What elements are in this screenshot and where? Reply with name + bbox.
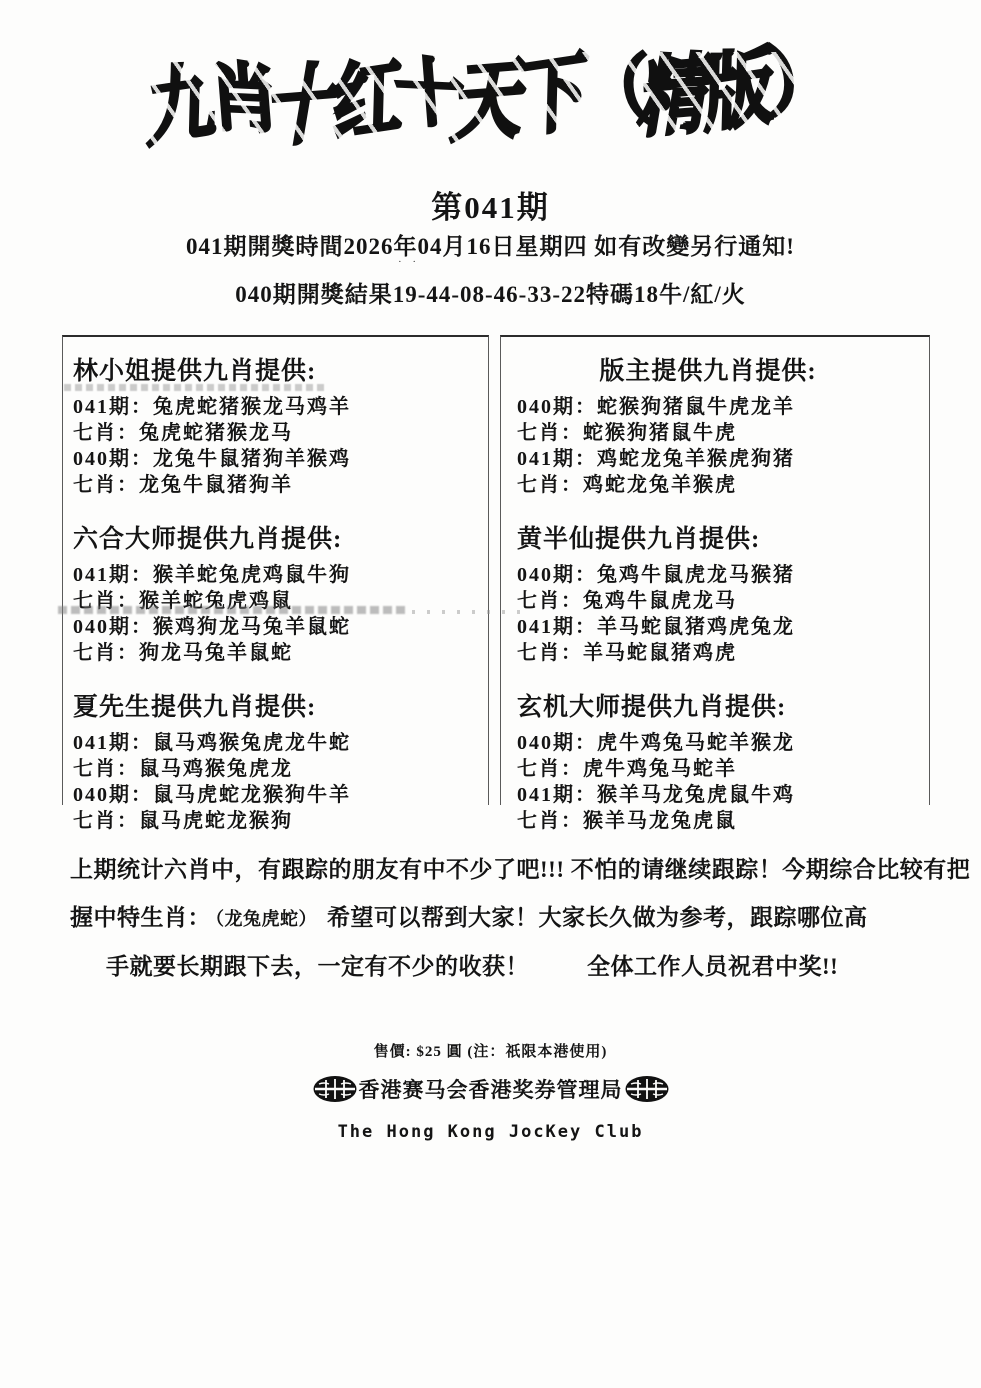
section-header: 玄机大师提供九肖提供:	[517, 687, 929, 723]
page-title: 九肖十红十天下（精版）	[0, 27, 981, 154]
tip-line: 040期：鼠马虎蛇龙猴狗牛羊	[73, 782, 488, 808]
summary-line-left: 手就要长期跟下去，一定有不少的收获！	[106, 954, 529, 979]
section-header: 夏先生提供九肖提供:	[73, 687, 488, 723]
summary-line: 手就要长期跟下去，一定有不少的收获！全体工作人员祝君中奖!!	[70, 943, 920, 991]
tip-sheet-page: 九肖十红十天下（精版） 第041期 041期開獎時間2026年04月16日星期四…	[0, 0, 981, 1388]
hkjc-oval-logo-icon	[312, 1074, 358, 1104]
tips-section-banzhu: 版主提供九肖提供: 040期：蛇猴狗猪鼠牛虎龙羊 七肖：蛇猴狗猪鼠牛虎 041期…	[517, 351, 929, 498]
tip-line: 七肖：猴羊马龙兔虎鼠	[517, 808, 929, 834]
price-note: 售價: $25 圓 (注：祇限本港使用)	[0, 1040, 981, 1061]
tip-line: 040期：龙兔牛鼠猪狗羊猴鸡	[73, 446, 488, 472]
tip-line: 041期：猴羊马龙兔虎鼠牛鸡	[517, 782, 929, 808]
special-zodiac-note: （龙兔虎蛇）	[215, 909, 317, 929]
tip-line: 040期：蛇猴狗猪鼠牛虎龙羊	[517, 394, 929, 420]
tip-line: 七肖：虎牛鸡兔马蛇羊	[517, 756, 929, 782]
tip-line: 七肖：猴羊蛇兔虎鸡鼠	[73, 588, 488, 614]
last-result-line: 040期開獎結果19-44-08-46-33-22特碼18牛/紅/火	[0, 276, 981, 309]
issue-heading: 第041期	[0, 182, 981, 227]
tip-line: 七肖：狗龙马兔羊鼠蛇	[73, 640, 488, 666]
tip-line: 七肖：兔虎蛇猪猴龙马	[73, 420, 488, 446]
organization-row: 香港赛马会香港奖券管理局	[0, 1074, 981, 1104]
draw-time-line: 041期開獎時間2026年04月16日星期四 如有改變另行通知!	[0, 228, 981, 261]
section-header: 版主提供九肖提供:	[517, 351, 929, 387]
tips-section-xia-xiansheng: 夏先生提供九肖提供: 041期：鼠马鸡猴兔虎龙牛蛇 七肖：鼠马鸡猴兔虎龙 040…	[73, 687, 488, 834]
tip-line: 041期：鼠马鸡猴兔虎龙牛蛇	[73, 730, 488, 756]
tip-line: 041期：猴羊蛇兔虎鸡鼠牛狗	[73, 562, 488, 588]
tips-section-huang-banxian: 黄半仙提供九肖提供: 040期：兔鸡牛鼠虎龙马猴猪 七肖：兔鸡牛鼠虎龙马 041…	[517, 519, 929, 666]
summary-line-prefix: 握中特生肖：	[70, 905, 211, 930]
tips-section-lin-xiaojie: 林小姐提供九肖提供: 041期：兔虎蛇猪猴龙马鸡羊 七肖：兔虎蛇猪猴龙马 040…	[73, 351, 488, 498]
left-tips-column: 林小姐提供九肖提供: 041期：兔虎蛇猪猴龙马鸡羊 七肖：兔虎蛇猪猴龙马 040…	[62, 335, 489, 805]
organization-name-english: The Hong Kong JocKey Club	[0, 1122, 981, 1142]
tips-section-liuhe-dashi: 六合大师提供九肖提供: 041期：猴羊蛇兔虎鸡鼠牛狗 七肖：猴羊蛇兔虎鸡鼠 04…	[73, 519, 488, 666]
section-header: 黄半仙提供九肖提供:	[517, 519, 929, 555]
tip-line: 040期：兔鸡牛鼠虎龙马猴猪	[517, 562, 929, 588]
tip-line: 041期：鸡蛇龙兔羊猴虎狗猪	[517, 446, 929, 472]
tip-line: 041期：兔虎蛇猪猴龙马鸡羊	[73, 394, 488, 420]
section-header: 林小姐提供九肖提供:	[73, 351, 488, 387]
tip-line: 七肖：蛇猴狗猪鼠牛虎	[517, 420, 929, 446]
right-tips-column: 版主提供九肖提供: 040期：蛇猴狗猪鼠牛虎龙羊 七肖：蛇猴狗猪鼠牛虎 041期…	[500, 335, 930, 805]
tip-line: 七肖：兔鸡牛鼠虎龙马	[517, 588, 929, 614]
tip-line: 七肖：羊马蛇鼠猪鸡虎	[517, 640, 929, 666]
tip-line: 041期：羊马蛇鼠猪鸡虎兔龙	[517, 614, 929, 640]
tip-line: 七肖：龙兔牛鼠猪狗羊	[73, 472, 488, 498]
tip-line: 040期：猴鸡狗龙马兔羊鼠蛇	[73, 614, 488, 640]
summary-line-suffix: 希望可以帮到大家！大家长久做为参考，跟踪哪位高	[327, 905, 868, 930]
organization-name: 香港赛马会香港奖券管理局	[359, 1074, 623, 1104]
hkjc-oval-logo-icon	[624, 1074, 670, 1104]
summary-line-right: 全体工作人员祝君中奖!!	[587, 954, 838, 979]
summary-line: 上期统计六肖中，有跟踪的朋友有中不少了吧!!! 不怕的请继续跟踪！今期综合比较有…	[70, 846, 920, 894]
tip-line: 040期：虎牛鸡兔马蛇羊猴龙	[517, 730, 929, 756]
tips-section-xuanji-dashi: 玄机大师提供九肖提供: 040期：虎牛鸡兔马蛇羊猴龙 七肖：虎牛鸡兔马蛇羊 04…	[517, 687, 929, 834]
tip-line: 七肖：鼠马虎蛇龙猴狗	[73, 808, 488, 834]
tip-line: 七肖：鼠马鸡猴兔虎龙	[73, 756, 488, 782]
scan-artifact-dots: · ·	[398, 256, 420, 268]
tip-line: 七肖：鸡蛇龙兔羊猴虎	[517, 472, 929, 498]
section-header: 六合大师提供九肖提供:	[73, 519, 488, 555]
summary-paragraph: 上期统计六肖中，有跟踪的朋友有中不少了吧!!! 不怕的请继续跟踪！今期综合比较有…	[70, 846, 920, 991]
summary-line: 握中特生肖：（龙兔虎蛇）希望可以帮到大家！大家长久做为参考，跟踪哪位高	[70, 894, 920, 943]
